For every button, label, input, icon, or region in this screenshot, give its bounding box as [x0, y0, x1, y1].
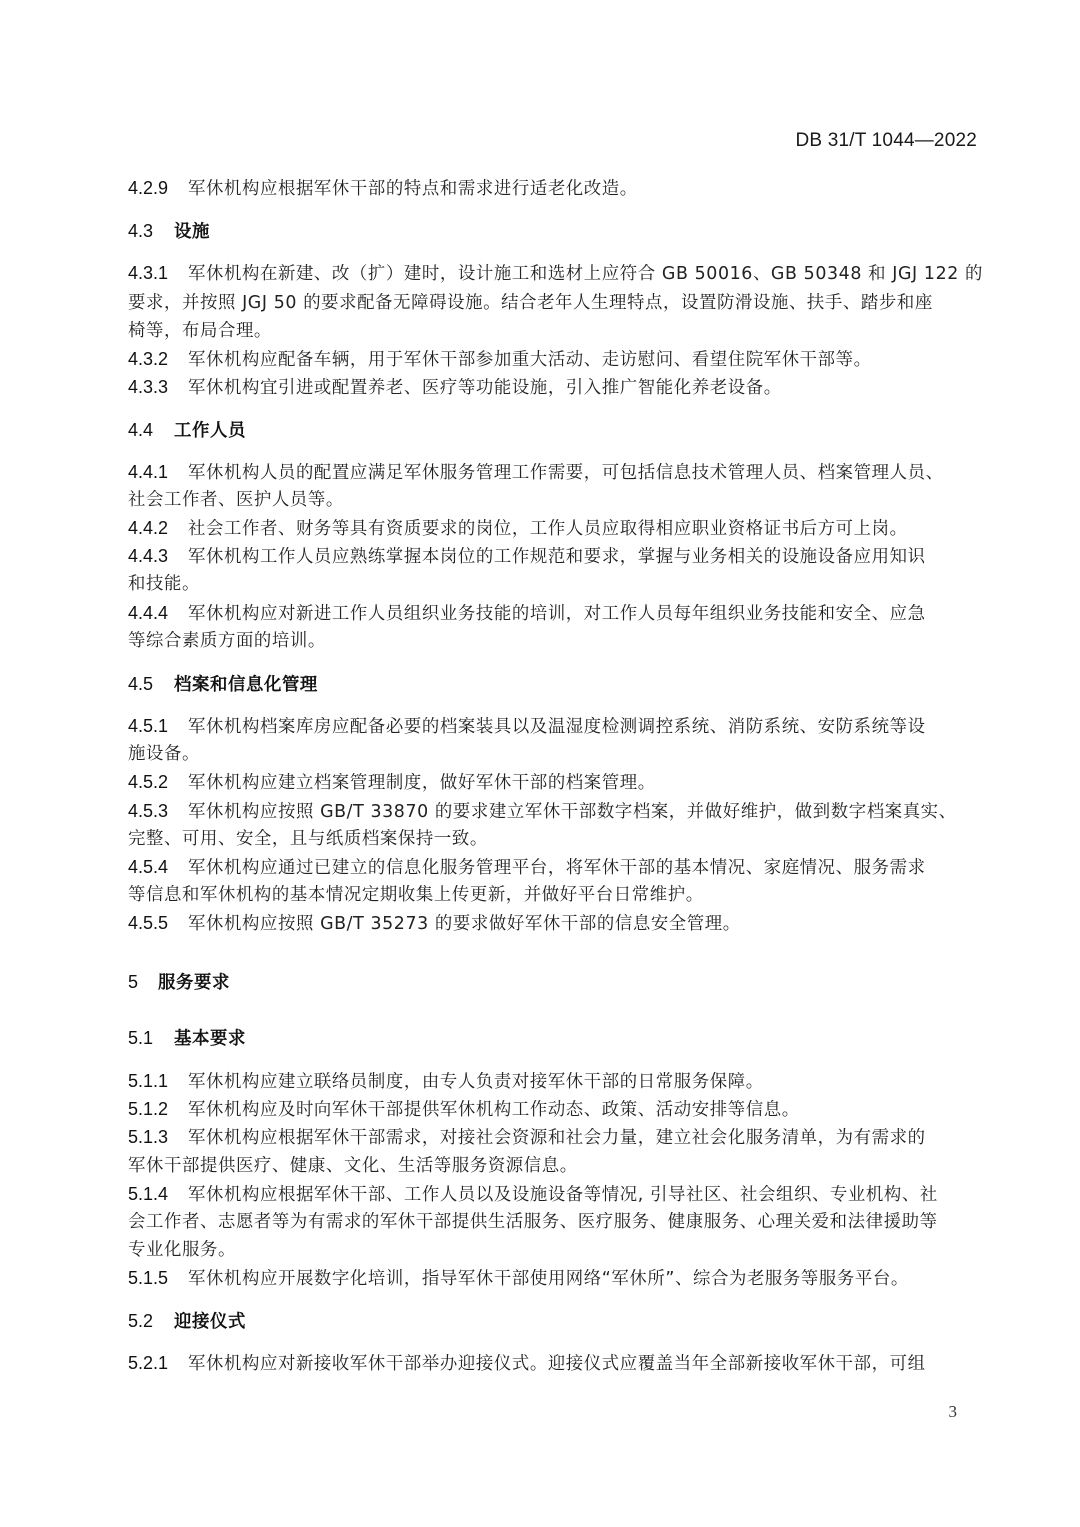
clause-text: 军休机构工作人员应熟练掌握本岗位的工作规范和要求，掌握与业务相关的设施设备应用知…	[188, 547, 926, 567]
clause-number: 4.4.3	[128, 546, 188, 566]
clause-4-4-3: 4.4.3军休机构工作人员应熟练掌握本岗位的工作规范和要求，掌握与业务相关的设施…	[128, 546, 978, 567]
clause-number: 5.1.4	[128, 1184, 188, 1204]
clause-5-1-5: 5.1.5军休机构应开展数字化培训，指导军休干部使用网络“军休所”、综合为老服务…	[128, 1268, 978, 1289]
chapter-number: 5	[128, 972, 158, 992]
section-number: 4.5	[128, 674, 174, 694]
clause-4-5-4-line-2: 等信息和军休机构的基本情况定期收集上传更新，并做好平台日常维护。	[128, 885, 978, 905]
clause-text: 军休机构档案库房应配备必要的档案装具以及温湿度检测调控系统、消防系统、安防系统等…	[188, 717, 926, 737]
clause-number: 4.4.1	[128, 462, 188, 482]
clause-number: 5.1.1	[128, 1071, 188, 1091]
clause-4-4-1: 4.4.1军休机构人员的配置应满足军休服务管理工作需要，可包括信息技术管理人员、…	[128, 462, 978, 483]
clause-text: 军休机构应对新接收军休干部举办迎接仪式。迎接仪式应覆盖当年全部新接收军休干部，可…	[188, 1354, 926, 1374]
clause-5-1-1: 5.1.1军休机构应建立联络员制度，由专人负责对接军休干部的日常服务保障。	[128, 1071, 978, 1092]
clause-4-5-5: 4.5.5军休机构应按照 GB/T 35273 的要求做好军休干部的信息安全管理…	[128, 913, 978, 934]
clause-text: 军休机构宜引进或配置养老、医疗等功能设施，引入推广智能化养老设备。	[188, 378, 782, 398]
section-heading-4-3: 4.3设施	[128, 221, 978, 242]
clause-number: 4.3.3	[128, 377, 188, 397]
section-title: 迎接仪式	[174, 1312, 246, 1332]
section-heading-5-1: 5.1基本要求	[128, 1028, 978, 1049]
clause-text: 军休机构应通过已建立的信息化服务管理平台，将军休干部的基本情况、家庭情况、服务需…	[188, 858, 926, 878]
clause-number: 4.3.1	[128, 263, 188, 283]
clause-text: 军休机构应及时向军休干部提供军休机构工作动态、政策、活动安排等信息。	[188, 1100, 800, 1120]
section-number: 4.3	[128, 221, 174, 241]
clause-number: 4.5.3	[128, 801, 188, 821]
clause-4-5-1-line-2: 施设备。	[128, 744, 978, 764]
clause-text: 军休机构应按照 GB/T 33870 的要求建立军休干部数字档案，并做好维护，做…	[188, 802, 957, 822]
clause-4-5-4: 4.5.4军休机构应通过已建立的信息化服务管理平台，将军休干部的基本情况、家庭情…	[128, 857, 978, 878]
clause-5-1-3-line-2: 军休干部提供医疗、健康、文化、生活等服务资源信息。	[128, 1156, 978, 1176]
clause-5-1-3: 5.1.3军休机构应根据军休干部需求，对接社会资源和社会力量，建立社会化服务清单…	[128, 1127, 978, 1148]
clause-text: 军休机构应对新进工作人员组织业务技能的培训，对工作人员每年组织业务技能和安全、应…	[188, 604, 926, 624]
clause-number: 4.3.2	[128, 349, 188, 369]
clause-text: 军休机构应配备车辆，用于军休干部参加重大活动、走访慰问、看望住院军休干部等。	[188, 350, 872, 370]
clause-4-3-1-line-3: 椅等，布局合理。	[128, 321, 978, 341]
clause-4-4-4: 4.4.4军休机构应对新进工作人员组织业务技能的培训，对工作人员每年组织业务技能…	[128, 603, 978, 624]
clause-4-5-2: 4.5.2军休机构应建立档案管理制度，做好军休干部的档案管理。	[128, 772, 978, 793]
clause-text: 社会工作者、财务等具有资质要求的岗位，工作人员应取得相应职业资格证书后方可上岗。	[188, 519, 908, 539]
clause-4-4-4-line-2: 等综合素质方面的培训。	[128, 631, 978, 651]
chapter-title: 服务要求	[158, 973, 230, 993]
clause-text: 军休机构在新建、改（扩）建时，设计施工和选材上应符合 GB 50016、GB 5…	[188, 264, 983, 284]
clause-5-1-4-line-2: 会工作者、志愿者等为有需求的军休干部提供生活服务、医疗服务、健康服务、心理关爱和…	[128, 1212, 978, 1232]
section-heading-5-2: 5.2迎接仪式	[128, 1311, 978, 1332]
clause-4-4-3-line-2: 和技能。	[128, 574, 978, 594]
clause-number: 4.5.2	[128, 772, 188, 792]
clause-4-5-3: 4.5.3军休机构应按照 GB/T 33870 的要求建立军休干部数字档案，并做…	[128, 801, 978, 822]
section-number: 5.2	[128, 1311, 174, 1331]
section-title: 档案和信息化管理	[174, 675, 318, 695]
section-number: 4.4	[128, 420, 174, 440]
clause-4-4-1-line-2: 社会工作者、医护人员等。	[128, 490, 978, 510]
clause-4-5-3-line-2: 完整、可用、安全，且与纸质档案保持一致。	[128, 829, 978, 849]
section-number: 5.1	[128, 1028, 174, 1048]
clause-4-2-9: 4.2.9军休机构应根据军休干部的特点和需求进行适老化改造。	[128, 178, 978, 199]
clause-text: 军休机构应按照 GB/T 35273 的要求做好军休干部的信息安全管理。	[188, 914, 741, 934]
section-heading-4-5: 4.5档案和信息化管理	[128, 674, 978, 695]
document-page: DB 31/T 1044—2022 4.2.9军休机构应根据军休干部的特点和需求…	[0, 0, 1080, 1527]
clause-number: 5.1.5	[128, 1268, 188, 1288]
clause-5-1-4: 5.1.4军休机构应根据军休干部、工作人员以及设施设备等情况, 引导社区、社会组…	[128, 1184, 978, 1205]
section-title: 设施	[174, 222, 210, 242]
clause-number: 4.4.2	[128, 518, 188, 538]
section-heading-4-4: 4.4工作人员	[128, 420, 978, 441]
clause-4-3-2: 4.3.2军休机构应配备车辆，用于军休干部参加重大活动、走访慰问、看望住院军休干…	[128, 349, 978, 370]
clause-text: 军休机构应根据军休干部、工作人员以及设施设备等情况, 引导社区、社会组织、专业机…	[188, 1185, 938, 1205]
section-title: 工作人员	[174, 421, 246, 441]
clause-number: 4.5.5	[128, 913, 188, 933]
clause-text: 军休机构应根据军休干部的特点和需求进行适老化改造。	[188, 179, 638, 199]
clause-text: 军休机构人员的配置应满足军休服务管理工作需要，可包括信息技术管理人员、档案管理人…	[188, 463, 944, 483]
clause-number: 4.5.1	[128, 716, 188, 736]
clause-4-4-2: 4.4.2社会工作者、财务等具有资质要求的岗位，工作人员应取得相应职业资格证书后…	[128, 518, 978, 539]
clause-number: 4.4.4	[128, 603, 188, 623]
clause-number: 5.1.2	[128, 1099, 188, 1119]
section-title: 基本要求	[174, 1029, 246, 1049]
clause-number: 5.2.1	[128, 1353, 188, 1373]
clause-4-3-3: 4.3.3军休机构宜引进或配置养老、医疗等功能设施，引入推广智能化养老设备。	[128, 377, 978, 398]
clause-4-5-1: 4.5.1军休机构档案库房应配备必要的档案装具以及温湿度检测调控系统、消防系统、…	[128, 716, 978, 737]
clause-text: 军休机构应根据军休干部需求，对接社会资源和社会力量，建立社会化服务清单，为有需求…	[188, 1128, 926, 1148]
page-number: 3	[949, 1402, 958, 1422]
clause-number: 4.5.4	[128, 857, 188, 877]
clause-5-1-4-line-3: 专业化服务。	[128, 1240, 978, 1260]
clause-4-3-1-line-2: 要求，并按照 JGJ 50 的要求配备无障碍设施。结合老年人生理特点，设置防滑设…	[128, 293, 978, 313]
clause-number: 4.2.9	[128, 178, 188, 198]
clause-text: 军休机构应开展数字化培训，指导军休干部使用网络“军休所”、综合为老服务等服务平台…	[188, 1269, 909, 1289]
clause-4-3-1: 4.3.1军休机构在新建、改（扩）建时，设计施工和选材上应符合 GB 50016…	[128, 263, 978, 284]
chapter-heading-5: 5服务要求	[128, 972, 978, 993]
clause-5-2-1: 5.2.1军休机构应对新接收军休干部举办迎接仪式。迎接仪式应覆盖当年全部新接收军…	[128, 1353, 978, 1374]
clause-text: 军休机构应建立档案管理制度，做好军休干部的档案管理。	[188, 773, 656, 793]
document-code: DB 31/T 1044—2022	[795, 130, 977, 152]
clause-text: 军休机构应建立联络员制度，由专人负责对接军休干部的日常服务保障。	[188, 1072, 764, 1092]
clause-5-1-2: 5.1.2军休机构应及时向军休干部提供军休机构工作动态、政策、活动安排等信息。	[128, 1099, 978, 1120]
clause-number: 5.1.3	[128, 1127, 188, 1147]
